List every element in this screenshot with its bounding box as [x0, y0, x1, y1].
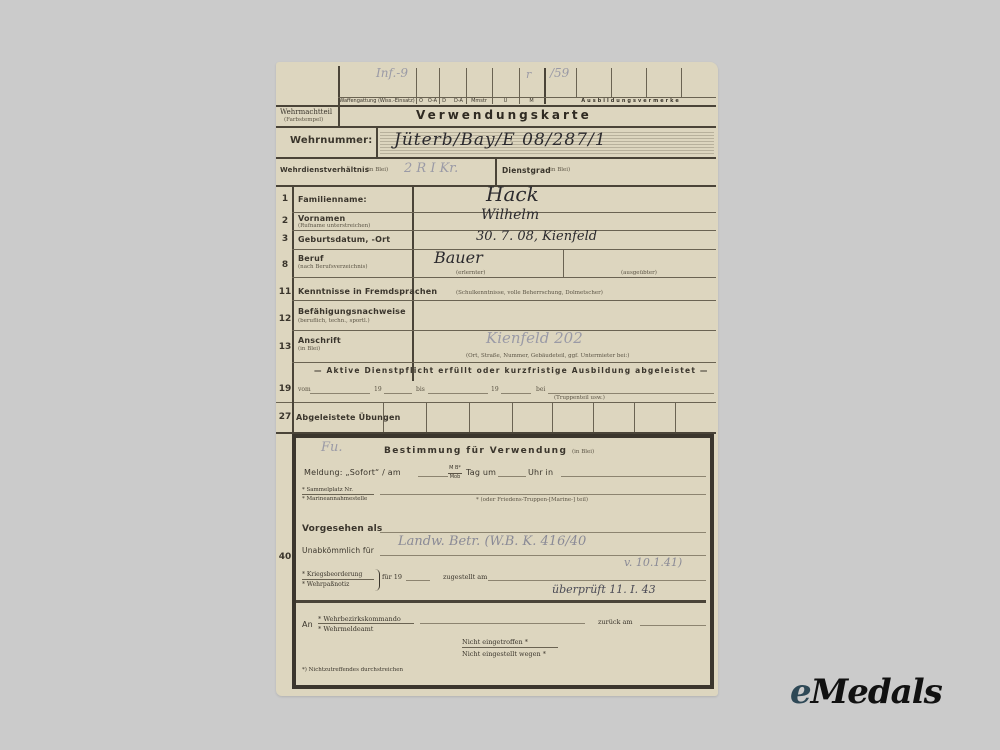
wehrdienstverhaeltnis-label: Wehrdienstverhältnis [280, 166, 369, 174]
row-number: 1 [276, 194, 294, 204]
geburtsdatum-label: Geburtsdatum, -Ort [298, 235, 390, 244]
meldung-label: Meldung: „Sofort“ / am [304, 468, 401, 477]
zurueck-am-label: zurück am [598, 618, 633, 626]
document-title: Verwendungskarte [416, 108, 592, 122]
bei-label: bei [536, 386, 545, 393]
mob-top: M B* [448, 465, 462, 471]
year-prefix: 19 [491, 386, 499, 393]
stamp-box-label: Wehrmachtteil [280, 108, 332, 116]
beruf-sublabel: (nach Berufsverzeichnis) [298, 264, 367, 270]
active-service-heading: — Aktive Dienstpflicht erfüllt oder kurz… [314, 366, 709, 375]
logo-e: e [790, 672, 811, 712]
uebungen-label: Abgeleistete Übungen [296, 413, 401, 422]
row-number: 3 [276, 234, 294, 244]
ueberprueft-note: überprüft 11. I. 43 [552, 583, 656, 596]
wehrmeldeamt-label: * Wehrmeldeamt [318, 625, 373, 633]
vom-label: vom [298, 386, 311, 393]
wehrpassnotiz-label: * Wehrpaßnotiz [302, 581, 349, 588]
brace [375, 569, 380, 591]
col-label: Mmstr [466, 98, 492, 104]
anschrift-sublabel: (in Blei) [298, 346, 320, 352]
fuer-19-label: für 19 [382, 573, 402, 581]
emedals-logo: eMedals [790, 672, 942, 712]
marineannahmestelle-label: * Marineannahmestelle [302, 496, 367, 502]
unabkoemmlich-value-2: v. 10.1.41) [624, 556, 682, 569]
col-label: M [519, 98, 544, 104]
bis-label: bis [416, 386, 425, 393]
col-label: U [492, 98, 519, 104]
truppenteil-caption: (Truppenteil usw.) [554, 395, 605, 401]
wehrnummer-value: Jüterb/Bay/E 08/287/1 [394, 130, 607, 150]
col-label-ausbildungsvermerke: Ausbildungsvermerke [546, 98, 716, 104]
footnote: *) Nichtzutreffendes durchstreichen [302, 667, 403, 673]
zugestellt-am-label: zugestellt am [443, 573, 487, 581]
nicht-eingetroffen-label: Nicht eingetroffen * [462, 638, 528, 646]
familienname-label: Familienname: [298, 195, 367, 204]
in-blei-note: (in Blei) [572, 449, 594, 455]
beruf-caption-erlernter: (erlernter) [456, 270, 485, 276]
pencil-note: Fu. [321, 440, 343, 455]
verwendungskarte-card: Inf.-9 r /59 Waffengattung (Wiss.-Einsat… [276, 62, 718, 696]
vorgesehen-label: Vorgesehen als [302, 524, 382, 534]
row-number: 2 [276, 216, 294, 226]
familienname-value: Hack [486, 182, 539, 206]
dienstgrad-label: Dienstgrad [502, 166, 551, 175]
uhr-in-label: Uhr in [528, 468, 553, 477]
befaehigung-sublabel: (beruflich, techn., sportl.) [298, 318, 370, 324]
vornamen-value: Wilhelm [481, 207, 539, 223]
wehrnummer-label: Wehrnummer: [290, 135, 373, 146]
wehrbezirkskommando-label: * Wehrbezirkskommando [318, 615, 401, 623]
wehrdienstverhaeltnis-value: 2 R I Kr. [404, 161, 458, 176]
row-number: 13 [276, 342, 294, 352]
bestimmung-title: Bestimmung für Verwendung [384, 446, 567, 456]
anschrift-label: Anschrift [298, 336, 341, 345]
row-number: 12 [276, 314, 294, 324]
col-label: O-A [426, 98, 439, 104]
col-label: D-A [451, 98, 466, 104]
handwritten-mark: /59 [550, 66, 569, 80]
geburtsdatum-value: 30. 7. 08, Kienfeld [476, 229, 597, 244]
nicht-eingestellt-label: Nicht eingestellt wegen * [462, 650, 546, 658]
sammelplatz-label: * Sammelplatz Nr. [302, 487, 353, 493]
kriegsbeorderung-label: * Kriegsbeorderung [302, 571, 362, 578]
stamp-box-sublabel: (Farbstempel) [284, 117, 323, 123]
tag-um-label: Tag um [466, 468, 496, 477]
col-label-waffengattung: Waffengattung (Wiss.-Einsatz) [339, 98, 415, 104]
beruf-caption-ausgeuebter: (ausgeübter) [621, 270, 657, 276]
logo-medals: Medals [811, 672, 942, 712]
beruf-value: Bauer [434, 248, 483, 267]
year-prefix: 19 [374, 386, 382, 393]
fremdsprachen-label: Kenntnisse in Fremdsprachen [298, 287, 437, 296]
an-label: An [302, 620, 313, 629]
fremdsprachen-caption: (Schulkenntnisse, volle Beherrschung, Do… [456, 290, 603, 296]
handwritten-unit: Inf.-9 [376, 66, 408, 80]
befaehigung-label: Befähigungsnachweise [298, 307, 406, 316]
col-label: D [439, 98, 449, 104]
anschrift-value: Kienfeld 202 [486, 329, 583, 347]
row-number: 8 [276, 260, 294, 270]
friedens-note: * (oder Friedens-Truppen-[Marine-] teil) [476, 497, 588, 503]
in-blei-note: (in Blei) [366, 167, 388, 173]
mob-bottom: Mob [448, 473, 462, 480]
row-number: 11 [276, 287, 294, 297]
vornamen-sublabel: (Rufname unterstreichen) [298, 223, 370, 229]
unabkoemmlich-label: Unabkömmlich für [302, 546, 374, 555]
col-label: O [416, 98, 426, 104]
unabkoemmlich-value: Landw. Betr. (W.B. K. 416/40 [398, 534, 586, 549]
beruf-label: Beruf [298, 254, 324, 263]
anschrift-caption: (Ort, Straße, Nummer, Gebäudeteil, ggf. … [466, 353, 629, 359]
row-number: 19 [276, 384, 294, 394]
vornamen-label: Vornamen [298, 214, 345, 223]
in-blei-note: (in Blei) [548, 167, 570, 173]
handwritten-mark: r [526, 68, 531, 81]
